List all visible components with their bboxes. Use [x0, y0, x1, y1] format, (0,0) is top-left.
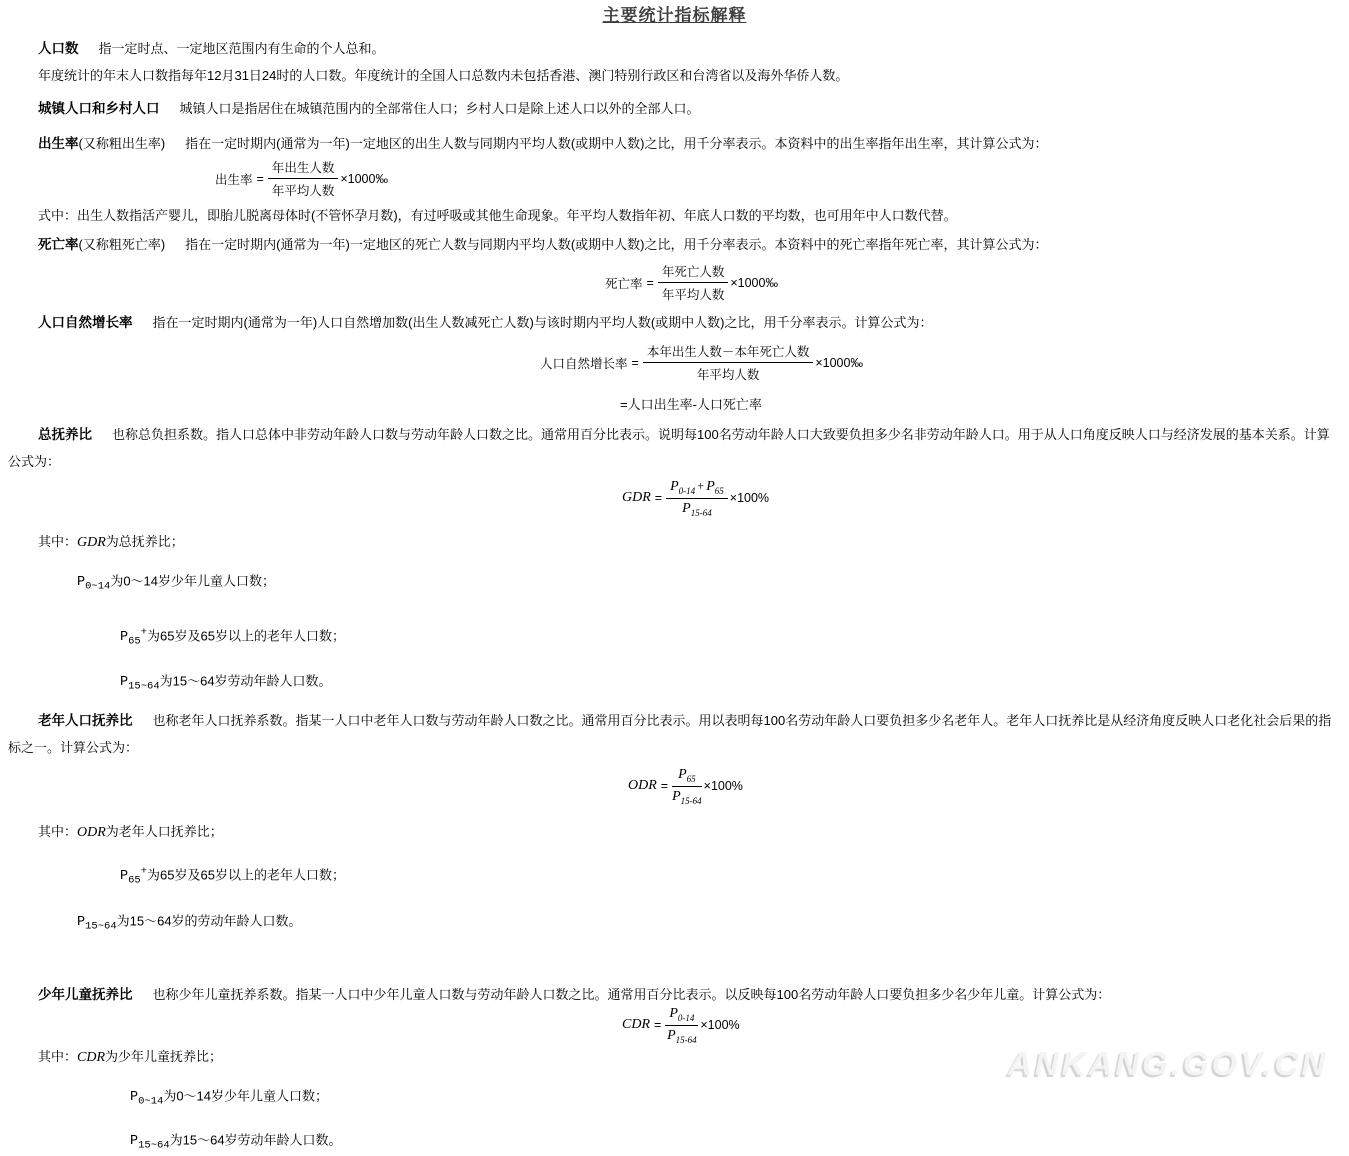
fraction-numerator: 年出生人数 [268, 158, 339, 179]
page-title: 主要统计指标解释 [0, 2, 1349, 30]
formula-suffix: ×100% [730, 491, 769, 505]
formula-gdr: GDR = P0-14+P65 P15-64 ×100% [622, 479, 1349, 518]
para-elderly-dependency-ratio: 老年人口抚养比也称老年人口抚养系数。指某一人口中老年人口数与劳动年龄人口数之比。… [0, 707, 1349, 761]
fraction: 本年出生人数－本年死亡人数 年平均人数 [643, 342, 814, 383]
para-text: 式中：出生人数指活产婴儿，即胎儿脱离母体时(不管怀孕月数)，有过呼吸或其他生命现… [38, 208, 957, 223]
formula-natural-growth-rate: 人口自然增长率 = 本年出生人数－本年死亡人数 年平均人数 ×1000‰ [540, 342, 1349, 383]
para-text: 也称少年儿童抚养系数。指某一人口中少年儿童人口数与劳动年龄人口数之比。通常用百分… [153, 987, 1111, 1002]
para-urban-rural: 城镇人口和乡村人口城镇人口是指居住在城镇范围内的全部常住人口；乡村人口是除上述人… [0, 95, 1349, 122]
fraction-numerator: 本年出生人数－本年死亡人数 [643, 342, 814, 363]
note-text: 为总抚养比； [106, 534, 184, 549]
fraction: 年出生人数 年平均人数 [268, 158, 339, 199]
para-text: 城镇人口是指居住在城镇范围内的全部常住人口；乡村人口是除上述人口以外的全部人口。 [180, 101, 700, 116]
note-gdr-definition: 其中：GDR为总抚养比； [38, 528, 1349, 556]
fraction-denominator: 年平均人数 [658, 283, 729, 303]
equals-sign: = [632, 356, 639, 370]
note-text: 为少年儿童抚养比； [105, 1049, 222, 1064]
equals-sign: = [655, 491, 662, 505]
var-p0-14: P0~14 [77, 575, 110, 590]
formula-suffix: ×100% [704, 779, 743, 793]
subscript: 65 [687, 774, 696, 784]
para-text: 指在一定时期内(通常为一年)一定地区的出生人数与同期内平均人数(或期中人数)之比… [185, 136, 1047, 151]
subscript: 15-64 [681, 796, 702, 806]
formula-death-rate: 死亡率 = 年死亡人数 年平均人数 ×1000‰ [605, 262, 1349, 303]
formula-lhs-gdr: GDR [622, 490, 651, 506]
var-p-working: P15-64 [672, 789, 702, 804]
fraction: P65 P15-64 [672, 767, 702, 806]
fraction: P0-14+P65 P15-64 [666, 479, 728, 518]
note-odr-definition: 其中：ODR为老年人口抚养比； [38, 818, 1349, 846]
watermark: ANKANG.GOV.CN [1008, 1045, 1328, 1083]
note-text: 为0～14岁少年儿童人口数； [110, 573, 275, 588]
formula-lhs: 人口自然增长率 [540, 354, 628, 372]
term-child-dependency-ratio: 少年儿童抚养比 [38, 987, 133, 1002]
formula-suffix: ×1000‰ [815, 356, 863, 370]
equals-sign: = [647, 276, 654, 290]
var-p-working: P15-64 [667, 1028, 697, 1043]
var-odr: ODR [77, 825, 106, 840]
formula-birth-rate: 出生率 = 年出生人数 年平均人数 ×1000‰ [215, 158, 1349, 199]
para-text: 指一定时点、一定地区范围内有生命的个人总和。 [99, 41, 385, 56]
para-death-rate: 死亡率(又称粗死亡率)指在一定时期内(通常为一年)一定地区的死亡人数与同期内平均… [0, 231, 1349, 258]
subscript: 65 [128, 875, 141, 887]
var-p-elderly: P65 [678, 767, 696, 782]
formula-lhs-cdr: CDR [622, 1017, 650, 1033]
equals-sign: = [661, 779, 668, 793]
formula-lhs-odr: ODR [628, 778, 657, 794]
plus-operator: + [697, 479, 704, 493]
subscript: 0~14 [85, 581, 110, 593]
note-text: 为65岁及65岁以上的老年人口数； [147, 867, 345, 882]
subscript: 0-14 [678, 1013, 695, 1023]
para-child-dependency-ratio: 少年儿童抚养比也称少年儿童抚养系数。指某一人口中少年儿童人口数与劳动年龄人口数之… [0, 981, 1349, 1008]
var-p0-14: P0~14 [130, 1090, 163, 1105]
term-population-count: 人口数 [38, 41, 79, 56]
para-annual-statistics: 年度统计的年末人口数指每年12月31日24时的人口数。年度统计的全国人口总数内未… [0, 62, 1349, 89]
para-text: 也称总负担系数。指人口总体中非劳动年龄人口数与劳动年龄人口数之比。通常用百分比表… [8, 427, 1330, 469]
term-birth-rate: 出生率 [38, 136, 79, 151]
var-p15-64: P15~64 [120, 675, 160, 690]
var-p-working: P15-64 [682, 501, 712, 516]
equals-sign: = [257, 172, 264, 186]
subscript: 15~64 [128, 681, 160, 693]
note-text: 为65岁及65岁以上的老年人口数； [147, 628, 345, 643]
subscript: 65 [715, 486, 724, 496]
var-p-child: P0-14 [670, 479, 695, 494]
formula-suffix: ×1000‰ [340, 172, 388, 186]
subscript: 15~64 [138, 1140, 170, 1152]
fraction-numerator: 年死亡人数 [658, 262, 729, 283]
subscript: 15-64 [676, 1035, 697, 1045]
formula-lhs: 出生率 [215, 170, 253, 188]
formula-lhs: 死亡率 [605, 274, 643, 292]
var-p15-64: P15~64 [130, 1134, 170, 1149]
term-death-rate: 死亡率 [38, 237, 79, 252]
subscript: 0-14 [679, 486, 696, 496]
var-gdr: GDR [77, 535, 106, 550]
fraction-numerator: P0-14 [665, 1006, 698, 1026]
equals-sign: = [654, 1018, 661, 1032]
note-p15-64: P15~64为15～64岁的劳动年龄人口数。 [77, 905, 1349, 941]
note-p65: P65+为65岁及65岁以上的老年人口数； [120, 620, 1349, 656]
note-p65: P65+为65岁及65岁以上的老年人口数； [120, 859, 1349, 895]
term-elderly-dependency-ratio: 老年人口抚养比 [38, 713, 133, 728]
note-text: 为15～64岁的劳动年龄人口数。 [117, 913, 302, 928]
formula-natural-growth-alt: =人口出生率-人口死亡率 [620, 391, 1349, 418]
note-text: 为15～64岁劳动年龄人口数。 [160, 673, 332, 688]
fraction-numerator: P0-14+P65 [666, 479, 728, 499]
para-natural-growth-rate: 人口自然增长率指在一定时期内(通常为一年)人口自然增加数(出生人数减死亡人数)与… [0, 309, 1349, 336]
term-birth-rate-note: (又称粗出生率) [79, 136, 166, 151]
term-death-rate-note: (又称粗死亡率) [79, 237, 166, 252]
note-text: 为0～14岁少年儿童人口数； [163, 1088, 328, 1103]
fraction-denominator: P15-64 [666, 499, 728, 518]
term-natural-growth-rate: 人口自然增长率 [38, 315, 133, 330]
note-p0-14: P0~14为0～14岁少年儿童人口数； [130, 1080, 1349, 1116]
subscript: 15-64 [691, 508, 712, 518]
fraction-denominator: P15-64 [665, 1026, 698, 1045]
term-urban-rural: 城镇人口和乡村人口 [38, 101, 160, 116]
para-text: 指在一定时期内(通常为一年)人口自然增加数(出生人数减死亡人数)与该时期内平均人… [153, 315, 933, 330]
fraction-denominator: 年平均人数 [643, 363, 814, 383]
var-p-child: P0-14 [669, 1006, 694, 1021]
note-p15-64: P15~64为15～64岁劳动年龄人口数。 [120, 665, 1349, 701]
var-p65-plus: P65+ [120, 630, 147, 645]
formula-suffix: ×100% [700, 1018, 739, 1032]
subscript: 65 [128, 636, 141, 648]
var-p15-64: P15~64 [77, 915, 117, 930]
fraction-numerator: P65 [672, 767, 702, 787]
note-p0-14: P0~14为0～14岁少年儿童人口数； [77, 565, 1349, 601]
subscript: 0~14 [138, 1096, 163, 1108]
para-text: 年度统计的年末人口数指每年12月31日24时的人口数。年度统计的全国人口总数内未… [38, 68, 848, 83]
formula-odr: ODR = P65 P15-64 ×100% [628, 767, 1349, 806]
fraction: P0-14 P15-64 [665, 1006, 698, 1045]
note-text: 为老年人口抚养比； [106, 824, 223, 839]
fraction-denominator: P15-64 [672, 787, 702, 806]
document-page: 主要统计指标解释 人口数指一定时点、一定地区范围内有生命的个人总和。 年度统计的… [0, 0, 1349, 1156]
note-p15-64: P15~64为15～64岁劳动年龄人口数。 [130, 1124, 1349, 1156]
para-population-count: 人口数指一定时点、一定地区范围内有生命的个人总和。 [0, 35, 1349, 62]
note-prefix: 其中： [38, 534, 77, 549]
formula-suffix: ×1000‰ [730, 276, 778, 290]
var-p65-plus: P65+ [120, 869, 147, 884]
fraction-denominator: 年平均人数 [268, 179, 339, 199]
var-cdr: CDR [77, 1050, 105, 1065]
note-text: 为15～64岁劳动年龄人口数。 [170, 1132, 342, 1147]
para-text: 指在一定时期内(通常为一年)一定地区的死亡人数与同期内平均人数(或期中人数)之比… [185, 237, 1047, 252]
para-total-dependency-ratio: 总抚养比也称总负担系数。指人口总体中非劳动年龄人口数与劳动年龄人口数之比。通常用… [0, 421, 1349, 475]
formula-cdr: CDR = P0-14 P15-64 ×100% [622, 1006, 1349, 1045]
subscript: 15~64 [85, 921, 117, 933]
fraction: 年死亡人数 年平均人数 [658, 262, 729, 303]
para-birth-rate-note: 式中：出生人数指活产婴儿，即胎儿脱离母体时(不管怀孕月数)，有过呼吸或其他生命现… [0, 202, 1349, 229]
note-prefix: 其中： [38, 824, 77, 839]
para-text: 也称老年人口抚养系数。指某一人口中老年人口数与劳动年龄人口数之比。通常用百分比表… [8, 713, 1331, 755]
note-prefix: 其中： [38, 1049, 77, 1064]
term-total-dependency-ratio: 总抚养比 [38, 427, 92, 442]
para-birth-rate: 出生率(又称粗出生率)指在一定时期内(通常为一年)一定地区的出生人数与同期内平均… [0, 130, 1349, 157]
var-p-elderly: P65 [706, 479, 724, 494]
